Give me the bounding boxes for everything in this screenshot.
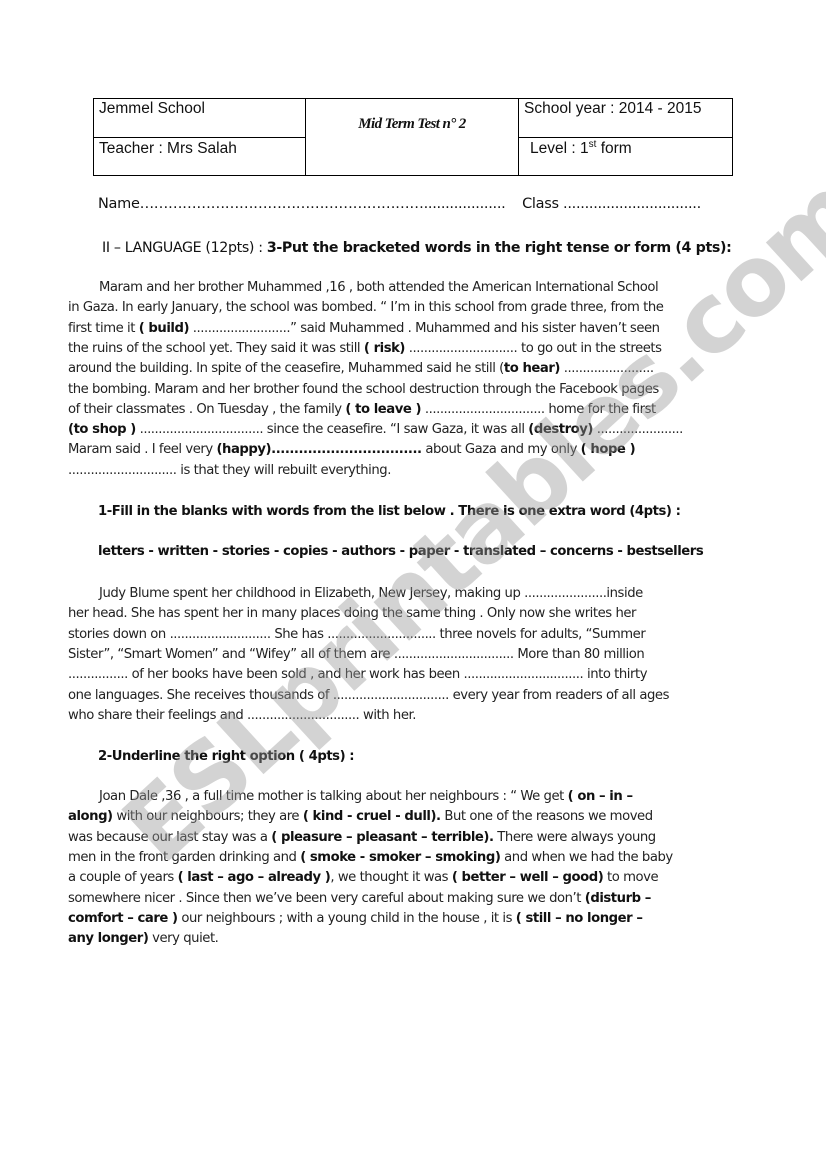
class-field[interactable]: Class ................................: [522, 196, 701, 212]
bracketed-option: (destroy): [528, 422, 593, 437]
text-segment: ............................. to go out …: [405, 341, 662, 356]
exercise-2-line: somewhere nicer . Since then we’ve been …: [68, 891, 728, 906]
text-segment: was because our last stay was a: [68, 830, 271, 845]
text-segment: ................................ home fo…: [421, 402, 656, 417]
name-class-line: Name……………………………………………………................…: [98, 196, 758, 212]
exercise-2-line: men in the front garden drinking and ( s…: [68, 850, 728, 865]
exercise-3-line: the ruins of the school yet. They said i…: [68, 341, 728, 356]
exercise-2-line: along) with our neighbours; they are ( k…: [68, 809, 728, 824]
exercise-3-line: of their classmates . On Tuesday , the f…: [68, 402, 728, 417]
bracketed-option: ( build): [139, 321, 189, 336]
exercise-1-line: ................ of her books have been …: [68, 667, 728, 682]
bracketed-option: (disturb –: [585, 891, 651, 906]
text-segment: , we thought it was: [330, 870, 451, 885]
name-field[interactable]: Name……………………………………………………................…: [98, 196, 505, 212]
exercise-3-line: in Gaza. In early January, the school wa…: [68, 300, 728, 315]
text-segment: the bombing. Maram and her brother found…: [68, 382, 659, 397]
bracketed-option: ( pleasure – pleasant – terrible).: [271, 830, 493, 845]
section-heading: II – LANGUAGE (12pts) : 3-Put the bracke…: [102, 240, 762, 256]
bracketed-option: ( hope ): [581, 442, 635, 457]
text-segment: with our neighbours; they are: [113, 809, 303, 824]
bracketed-option: comfort – care ): [68, 911, 178, 926]
bracketed-option: ( to leave ): [345, 402, 421, 417]
exercise-2-title: 2-Underline the right option ( 4pts) :: [98, 749, 758, 764]
text-segment: the ruins of the school yet. They said i…: [68, 341, 364, 356]
exercise-2-line: comfort – care ) our neighbours ; with a…: [68, 911, 728, 926]
bracketed-option: ( on – in –: [568, 789, 633, 804]
task-label: 3-Put the bracketed words in the right t…: [267, 240, 732, 256]
bracketed-option: ( last – ago – already ): [178, 870, 331, 885]
exercise-2-line: Joan Dale ,36 , a full time mother is ta…: [68, 789, 759, 804]
exercise-2-line: any longer) very quiet.: [68, 931, 728, 946]
bracketed-option: ( smoke - smoker – smoking): [300, 850, 500, 865]
exercise-1-line: who share their feelings and ...........…: [68, 708, 728, 723]
exercise-1-line: her head. She has spent her in many plac…: [68, 606, 728, 621]
text-segment: a couple of years: [68, 870, 178, 885]
exercise-3-line: Maram and her brother Muhammed ,16 , bot…: [68, 280, 759, 295]
header-left-column: Jemmel School Teacher : Mrs Salah: [94, 99, 306, 175]
exercise-2-line: was because our last stay was a ( pleasu…: [68, 830, 728, 845]
school-name: Jemmel School: [94, 99, 305, 138]
header-right-column: School year : 2014 - 2015 Level : 1st fo…: [519, 99, 732, 175]
exercise-1-line: Judy Blume spent her childhood in Elizab…: [68, 586, 759, 601]
text-segment: Maram said . I feel very: [68, 442, 216, 457]
bracketed-option: any longer): [68, 931, 148, 946]
text-segment: Maram and her brother Muhammed ,16 , bot…: [99, 280, 658, 295]
bracketed-option: ( kind - cruel - dull).: [303, 809, 441, 824]
exercise-3-line: around the building. In spite of the cea…: [68, 361, 728, 376]
test-title: Mid Term Test n° 2: [306, 116, 518, 133]
level: Level : 1st form: [519, 138, 732, 176]
text-segment: of their classmates . On Tuesday , the f…: [68, 402, 345, 417]
text-segment: ........................: [560, 361, 654, 376]
header-table: Jemmel School Teacher : Mrs Salah Mid Te…: [93, 98, 733, 176]
bracketed-option: ( still – no longer –: [516, 911, 643, 926]
level-suffix: form: [596, 140, 631, 157]
exercise-1-title: 1-Fill in the blanks with words from the…: [98, 504, 758, 519]
text-segment: and when we had the baby: [500, 850, 672, 865]
bracketed-option: (to shop ): [68, 422, 136, 437]
text-segment: in Gaza. In early January, the school wa…: [68, 300, 663, 315]
text-segment: ............................. is that th…: [68, 463, 391, 478]
exercise-2-line: a couple of years ( last – ago – already…: [68, 870, 728, 885]
teacher-name: Teacher : Mrs Salah: [94, 138, 305, 176]
exercise-3-line: first time it ( build) .................…: [68, 321, 728, 336]
text-segment: very quiet.: [148, 931, 218, 946]
text-segment: ................................. since …: [136, 422, 528, 437]
text-segment: first time it: [68, 321, 139, 336]
exercise-1-line: one languages. She receives thousands of…: [68, 688, 728, 703]
bracketed-option: along): [68, 809, 113, 824]
level-prefix: Level : 1: [530, 140, 589, 157]
word-list: letters - written - stories - copies - a…: [98, 544, 758, 559]
text-segment: somewhere nicer . Since then we’ve been …: [68, 891, 585, 906]
text-segment: around the building. In spite of the cea…: [68, 361, 504, 376]
bracketed-option: ( risk): [364, 341, 405, 356]
text-segment: .......................: [593, 422, 683, 437]
text-segment: ..........................” said Muhamme…: [189, 321, 660, 336]
text-segment: men in the front garden drinking and: [68, 850, 300, 865]
bracketed-option: (happy).................................: [216, 442, 421, 457]
part-label: II – LANGUAGE (12pts) :: [102, 240, 267, 256]
exercise-1-line: stories down on ........................…: [68, 627, 728, 642]
text-segment: our neighbours ; with a young child in t…: [178, 911, 516, 926]
exercise-3-line: ............................. is that th…: [68, 463, 728, 478]
text-segment: Joan Dale ,36 , a full time mother is ta…: [99, 789, 568, 804]
exercise-3-line: Maram said . I feel very (happy)........…: [68, 442, 728, 457]
bracketed-option: to hear): [504, 361, 560, 376]
school-year: School year : 2014 - 2015: [519, 99, 732, 138]
header-center-column: Mid Term Test n° 2: [306, 99, 519, 175]
exercise-1-line: Sister”, “Smart Women” and “Wifey” all o…: [68, 647, 728, 662]
worksheet-page: Jemmel School Teacher : Mrs Salah Mid Te…: [0, 0, 826, 1169]
text-segment: about Gaza and my only: [422, 442, 581, 457]
exercise-3-line: (to shop ) .............................…: [68, 422, 728, 437]
exercise-3-line: the bombing. Maram and her brother found…: [68, 382, 728, 397]
text-segment: There were always young: [494, 830, 656, 845]
text-segment: to move: [603, 870, 658, 885]
bracketed-option: ( better – well – good): [452, 870, 603, 885]
text-segment: But one of the reasons we moved: [441, 809, 653, 824]
